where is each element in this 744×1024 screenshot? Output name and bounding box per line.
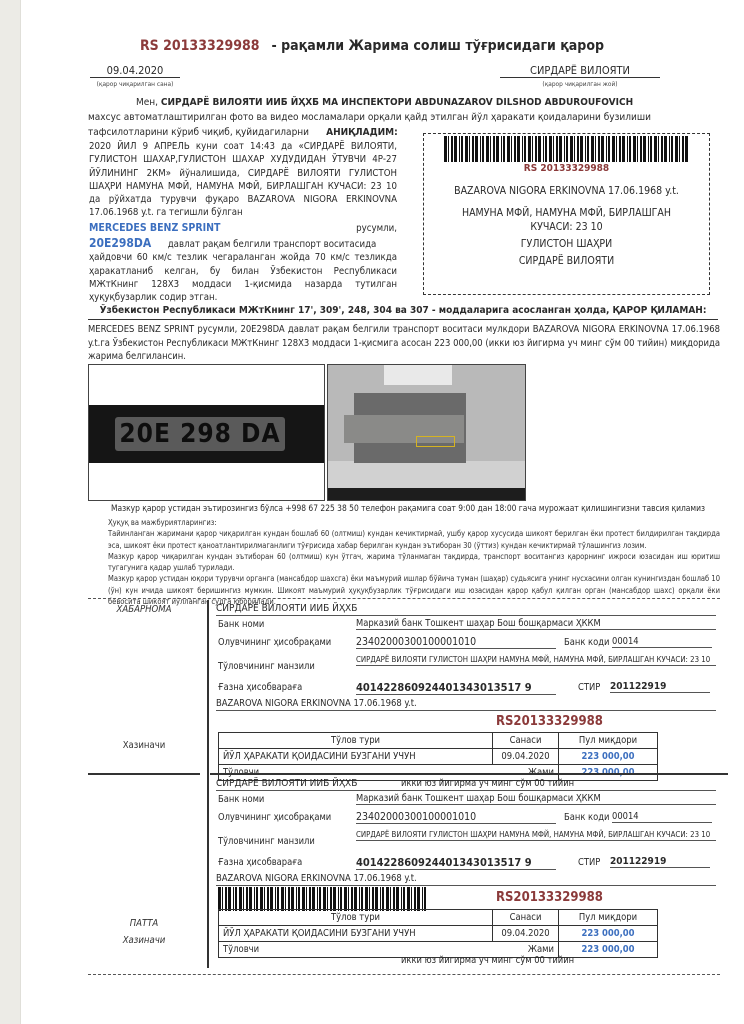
rights-p1: Тайинланган жаримани қарор чиқарилган ку… xyxy=(88,528,720,551)
payer-address-label: Тўловчининг манзили xyxy=(218,836,315,847)
recipient-name: BAZAROVA NIGORA ERKINOVNA 17.06.1968 y.t… xyxy=(424,184,709,198)
intro-line3: тафсилотларини кўриб чиқиб, қуйидагиларн… xyxy=(88,127,309,138)
payer-name: BAZAROVA NIGORA ERKINOVNA 17.06.1968 y.t… xyxy=(216,698,716,711)
payment-slip-receipt: ПАТТА Хазиначи СИРДАРЁ ВИЛОЯТИ ИИБ ЙҲХБ … xyxy=(88,775,728,965)
treasury-label: Ғазна ҳисобвараға xyxy=(218,682,302,693)
slip-ref: RS20133329988 xyxy=(496,714,603,729)
payment-table: Тўлов туриСанасиПул миқдори ЙЎЛ ҲАРАКАТИ… xyxy=(218,909,658,958)
stir-label: СТИР xyxy=(578,682,600,693)
payer-address-label: Тўловчининг манзили xyxy=(218,661,315,672)
vehicle-model: MERCEDES BENZ SPRINT xyxy=(89,222,220,235)
plate-highlight-box xyxy=(416,436,455,447)
violation-text1: 2020 ЙИЛ 9 АПРЕЛЬ куни соат 14:43 да «СИ… xyxy=(89,140,397,220)
decision-place-caption: (қарор чиқарилган жой) xyxy=(500,80,660,88)
payment-type: ЙЎЛ ҲАРАКАТИ ҚОИДАСИНИ БУЗГАНИ УЧУН xyxy=(219,749,493,765)
plate-photo: 20E 298 DA xyxy=(88,364,325,501)
bank-code: 00014 xyxy=(612,811,712,823)
slip-label-cashier: Хазиначи xyxy=(88,740,200,751)
rights-p2: Мазкур қарор чиқарилган кундан эътиборан… xyxy=(88,551,720,574)
col-date: Санаси xyxy=(493,910,559,926)
scan-edge xyxy=(0,0,21,1024)
decision-date: 09.04.2020 xyxy=(90,64,180,78)
payer-address: СИРДАРЁ ВИЛОЯТИ ГУЛИСТОН ШАҲРИ НАМУНА МФ… xyxy=(356,654,716,666)
bank-name: Марказий банк Тошкент шаҳар Бош бошқарма… xyxy=(356,618,716,630)
violation-details: 2020 ЙИЛ 9 АПРЕЛЬ куни соат 14:43 да «СИ… xyxy=(89,140,397,305)
slip-org: СИРДАРЁ ВИЛОЯТИ ИИБ ЙҲХБ xyxy=(216,603,716,616)
slip-ref: RS20133329988 xyxy=(496,890,603,905)
payment-date: 09.04.2020 xyxy=(493,749,559,765)
intro-line2: махсус автоматлаштирилган фото ва видео … xyxy=(88,110,728,125)
slip-org: СИРДАРЁ ВИЛОЯТИ ИИБ ЙҲХБ xyxy=(216,778,716,791)
cut-line-bottom xyxy=(88,974,720,975)
payment-amount: 223 000,00 xyxy=(559,926,658,942)
bank-name: Марказий банк Тошкент шаҳар Бош бошқарма… xyxy=(356,793,716,805)
payer-label: Тўловчи xyxy=(223,944,259,955)
slip-label-top: ПАТТА xyxy=(88,918,200,929)
barcode-number: RS 20133329988 xyxy=(424,163,709,174)
bank-name-label: Банк номи xyxy=(218,619,264,630)
treasury-account: 401422860924401343013517 9 xyxy=(356,681,556,695)
decision-number: RS 20133329988 xyxy=(140,38,260,54)
rights-title: Ҳуқуқ ва мажбуриятларингиз: xyxy=(88,517,720,528)
violation-text2: ҳайдовчи 60 км/с тезлик чегараланган жой… xyxy=(89,251,397,304)
bank-code-label: Банк коди xyxy=(564,812,609,823)
recipient-region: СИРДАРЁ ВИЛОЯТИ xyxy=(424,254,709,268)
bank-name-label: Банк номи xyxy=(218,794,264,805)
intro-prefix: Мен, xyxy=(136,97,158,108)
treasury-account: 401422860924401343013517 9 xyxy=(356,856,556,870)
account: 23402000300100001010 xyxy=(356,811,556,824)
address-box: RS 20133329988 BAZAROVA NIGORA ERKINOVNA… xyxy=(423,133,710,295)
slip-label-cashier: Хазиначи xyxy=(88,935,200,946)
recipient-street: НАМУНА МФЙ, НАМУНА МФЙ, БИРЛАШГАН КУЧАСИ… xyxy=(424,206,709,234)
inspector-name: СИРДАРЁ ВИЛОЯТИ ИИБ ЙҲХБ МА ИНСПЕКТОРИ A… xyxy=(161,97,633,108)
vehicle-plate: 20E298DA xyxy=(89,236,151,250)
col-payment-type: Тўлов тури xyxy=(219,910,493,926)
payment-type: ЙЎЛ ҲАРАКАТИ ҚОИДАСИНИ БУЗГАНИ УЧУН xyxy=(219,926,493,942)
rights-section: Ҳуқуқ ва мажбуриятларингиз: Тайинланган … xyxy=(88,517,720,607)
barcode xyxy=(218,887,428,911)
page-title: RS 20133329988- рақамли Жарима солиш тўғ… xyxy=(0,38,744,54)
stir-label: СТИР xyxy=(578,857,600,868)
account-label: Олувчининг ҳисобрақами xyxy=(218,812,331,823)
bank-code: 00014 xyxy=(612,636,712,648)
scene-photo xyxy=(327,364,526,501)
payer-name: BAZAROVA NIGORA ERKINOVNA 17.06.1968 y.t… xyxy=(216,873,716,886)
plate-suffix: давлат рақам белгили транспорт воситасид… xyxy=(168,239,377,250)
stir: 201122919 xyxy=(610,856,710,868)
decision-date-caption: (қарор чиқарилган сана) xyxy=(90,80,180,88)
recipient-city: ГУЛИСТОН ШАҲРИ xyxy=(424,237,709,251)
cut-line xyxy=(88,598,720,599)
established-label: АНИҚЛАДИМ: xyxy=(326,127,398,138)
col-date: Санаси xyxy=(493,733,559,749)
col-payment-type: Тўлов тури xyxy=(219,733,493,749)
account-label: Олувчининг ҳисобрақами xyxy=(218,637,331,648)
payer-address: СИРДАРЁ ВИЛОЯТИ ГУЛИСТОН ШАҲРИ НАМУНА МФ… xyxy=(356,829,716,841)
amount-words: икки юз йигирма уч минг сўм 00 тийин xyxy=(401,955,574,966)
col-amount: Пул миқдори xyxy=(559,910,658,926)
payment-date: 09.04.2020 xyxy=(493,926,559,942)
account: 23402000300100001010 xyxy=(356,636,556,649)
bank-code-label: Банк коди xyxy=(564,637,609,648)
payment-amount: 223 000,00 xyxy=(559,749,658,765)
plate-photo-text: 20E 298 DA xyxy=(115,417,285,451)
barcode xyxy=(424,136,709,162)
title-suffix: - рақамли Жарима солиш тўғрисидаги қарор xyxy=(272,38,604,54)
treasury-label: Ғазна ҳисобвараға xyxy=(218,857,302,868)
payment-slip-notice: ХАБАРНОМА Хазиначи СИРДАРЁ ВИЛОЯТИ ИИБ Й… xyxy=(88,600,728,772)
stir: 201122919 xyxy=(610,681,710,693)
total-label: Жами xyxy=(528,944,554,955)
vehicle-model-suffix: русумли, xyxy=(356,222,397,235)
contact-info: Мазкур қарор устидан эътирозингиз бўлса … xyxy=(88,503,728,513)
col-amount: Пул миқдори xyxy=(559,733,658,749)
decision-heading: Ўзбекистон Республикаси МЖтКнинг 17', 30… xyxy=(88,305,718,320)
decision-text: MERCEDES BENZ SPRINT русумли, 20E298DA д… xyxy=(88,323,720,364)
decision-place: СИРДАРЁ ВИЛОЯТИ xyxy=(500,64,660,78)
slip-label-top: ХАБАРНОМА xyxy=(88,604,200,615)
